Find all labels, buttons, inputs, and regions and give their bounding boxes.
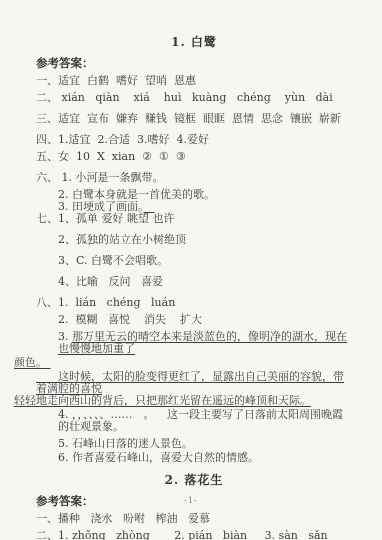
answer-line: 4. ，，、、、、…… 。 这一段主要写了日落前太阳周围晚霞的壮观景象。: [58, 409, 352, 433]
answer-line: 轻轻地走向西山的背后，只把那红光留在遥远的峰顶和天际。: [14, 395, 352, 407]
answer-text: 七、1、孤单 爱好 眺望 也许: [36, 212, 175, 225]
page-number: -1-: [0, 496, 382, 505]
answer-text: 一、适宜 白鹤 嗜好 望哨 恩惠: [36, 74, 196, 87]
underlined-answer-text: 那万里无云的晴空本来是淡蓝色的，像明净的湖水，现在也慢慢地加重了: [58, 330, 347, 355]
answer-text: 一、播种 浇水 吩咐 榨油 爱慕: [36, 512, 210, 525]
answer-text: 2. 模糊 喜悦 消失 扩大: [58, 313, 202, 326]
answer-line: 一、播种 浇水 吩咐 榨油 爱慕: [36, 513, 352, 525]
answer-text: 五、女 10 X xian ② ① ③: [36, 150, 186, 163]
answer-text: 2、孤独的站立在小树绝顶: [58, 233, 186, 246]
answer-line: 二、 xián qiàn xiá huì kuàng chéng yùn dài: [36, 92, 352, 104]
answer-line: 6. 作者喜爱石峰山，喜爱大自然的情感。: [58, 452, 352, 464]
answer-line: 八、1. lián chéng luán: [36, 297, 352, 309]
answer-text: 二、 xián qiàn xiá huì kuàng chéng yùn dài: [36, 91, 333, 104]
answer-line: 5. 石峰山日落的迷人景色。: [58, 438, 352, 450]
answer-line: 七、1、孤单 爱好 眺望 也许: [36, 213, 352, 225]
underlined-answer-text: 这时候，太阳的脸变得更红了，显露出自己美丽的容貌，带着满腔的喜悦: [36, 370, 344, 395]
answer-line: 四、1.适宜 2.合适 3.嗜好 4.爱好: [36, 134, 352, 146]
lesson1-answer-lines: 一、适宜 白鹤 嗜好 望哨 恩惠二、 xián qiàn xiá huì kuà…: [36, 75, 352, 464]
answer-line: 3. 那万里无云的晴空本来是淡蓝色的，像明净的湖水，现在也慢慢地加重了: [58, 331, 352, 355]
answer-line: 4、比喻 反问 喜爱: [58, 276, 352, 288]
answer-text: 4. ，，、、、、…… 。 这一段主要写了日落前太阳周围晚霞的壮观景象。: [58, 408, 343, 433]
answer-text: 六、 1. 小河是一条飘带。: [36, 171, 164, 184]
answer-line: 二、1. zhǒng zhòng 2. pián biàn 3. sàn sǎn: [36, 530, 352, 540]
lesson2-title: 2. 落花生: [36, 474, 352, 487]
lesson1-title: 1. 白鹭: [36, 36, 352, 49]
answer-line: 2. 模糊 喜悦 消失 扩大: [58, 314, 352, 326]
answer-line: 六、 1. 小河是一条飘带。: [36, 172, 352, 184]
answer-line: 这时候，太阳的脸变得更红了，显露出自己美丽的容貌，带着满腔的喜悦: [36, 371, 352, 395]
lesson1-answers-label: 参考答案：: [36, 57, 352, 70]
answer-text: 5. 石峰山日落的迷人景色。: [58, 437, 193, 450]
answer-text: 4、比喻 反问 喜爱: [58, 275, 163, 288]
answer-line: 三、适宜 宣布 嫌弃 赚钱 镜框 眼眶 恩情 思念 镶嵌 崭新: [36, 113, 352, 125]
document-page: 1. 白鹭 参考答案： 一、适宜 白鹤 嗜好 望哨 恩惠二、 xián qiàn…: [0, 0, 382, 540]
underlined-answer-text: 颜色。: [14, 356, 51, 369]
answer-line: 3、C. 白鹭不会唱歌。: [58, 255, 352, 267]
answer-line: 一、适宜 白鹤 嗜好 望哨 恩惠: [36, 75, 352, 87]
answer-line: 颜色。: [14, 357, 352, 369]
answer-text: 三、适宜 宣布 嫌弃 赚钱 镜框 眼眶 恩情 思念 镶嵌 崭新: [36, 112, 341, 125]
answer-text: 四、1.适宜 2.合适 3.嗜好 4.爱好: [36, 133, 209, 146]
underlined-answer-text: 轻轻地走向西山的背后，只把那红光留在遥远的峰顶和天际。: [14, 394, 311, 407]
answer-text: 八、1. lián chéng luán: [36, 296, 175, 309]
answer-text: 二、1. zhǒng zhòng 2. pián biàn 3. sàn sǎn: [36, 529, 328, 540]
answer-text: 6. 作者喜爱石峰山，喜爱大自然的情感。: [58, 451, 259, 464]
answer-line: 2、孤独的站立在小树绝顶: [58, 234, 352, 246]
lesson2-answer-lines: 一、播种 浇水 吩咐 榨油 爱慕二、1. zhǒng zhòng 2. pián…: [36, 513, 352, 540]
answer-line: 五、女 10 X xian ② ① ③: [36, 151, 352, 163]
answer-text: 3、C. 白鹭不会唱歌。: [58, 254, 168, 267]
